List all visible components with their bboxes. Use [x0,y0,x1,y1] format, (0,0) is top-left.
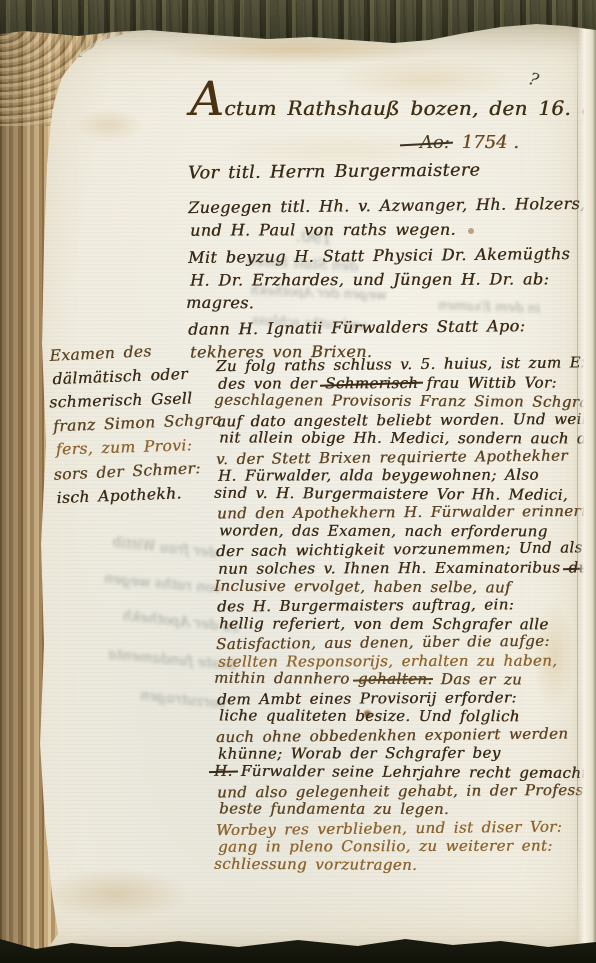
manuscript-line: geschlagenen Provisoris Franz Simon Schg… [214,391,596,412]
manuscript-line: mithin dannhero gehalten. Das er zu [214,669,596,690]
manuscript-line: magres. [186,291,570,317]
record-date: Ao: 1754 . [420,132,519,153]
manuscript-line: beste fundamenta zu legen. [219,800,596,820]
heading-title: Actum Rathshauß bozen, den 16. 8bris [190,86,590,120]
page-right-edge [578,26,596,947]
manuscript-line: nit allein obige Hh. Medici, sondern auc… [219,429,596,449]
manuscript-line: Zu folg raths schluss v. 5. huius, ist z… [216,353,596,376]
salutation: Vor titl. Herrn Burgermaistere [188,160,480,184]
manuscript-line: H. Fürwalder, alda beygewohnen; Also [218,466,596,486]
manuscript-line: schliessung vorzutragen. [214,854,596,875]
manuscript-line: khünne; Worab der Schgrafer bey [218,744,596,764]
date-year: 1754 . [462,132,519,153]
date-prefix-struck: Ao: [420,132,450,153]
manuscript-scan: 190.den Statt bozenwegen der Apothekhund… [0,0,596,963]
showthrough-text: vorzutragen [139,688,227,713]
manuscript-line: gang in pleno Consilio, zu weiterer ent: [218,836,596,856]
manuscript-line: nun solches v. Ihnen Hh. Examinatoribus … [218,558,596,578]
manuscript-line: des H. Burgermaisters auftrag, ein: [217,595,596,616]
manuscript-line: dann H. Ignatii Fürwalders Statt Apo: [188,314,526,341]
attendees-paragraph: Zuegegen titl. Hh. v. Azwanger, Hh. Holz… [188,194,586,241]
margin-note: Examen desdälmätisch oderschmerisch Gsel… [49,338,225,510]
manuscript-line: Zuegegen titl. Hh. v. Azwanger, Hh. Holz… [188,192,586,220]
manuscript-line: und H. Paul von raths wegen. [190,217,586,242]
manuscript-line: auf dato angestelt beliebt worden. Und w… [217,409,596,430]
manuscript-line: und den Apothekhern H. Fürwalder erinner… [217,502,596,523]
showthrough-text: der frau Wittib [111,535,217,562]
manuscript-line: und also gelegenheit gehabt, in der Prof… [217,780,596,801]
manuscript-line: stellten Responsorijs, erhalten zu haben… [218,651,596,671]
showthrough-text: von raths wegen [104,571,223,597]
manuscript-line: Satisfaction, aus denen, über die aufge: [216,631,596,654]
record-heading: Actum Rathshauß bozen, den 16. 8bris ? [190,86,590,120]
manuscript-line: Mit beyzug H. Statt Physici Dr. Akemügth… [188,242,570,270]
manuscript-line: H. Fürwalder seine Lehrjahre recht gemac… [214,762,596,783]
manuscript-line: des von der Schmerisch frau Wittib Vor: [218,373,596,393]
physicians-paragraph: Mit beyzug H. Statt Physici Dr. Akemügth… [188,244,570,316]
body-text: Zu folg raths schluss v. 5. huius, ist z… [216,355,596,874]
manuscript-line: H. Dr. Erzhardes, und Jüngen H. Dr. ab: [190,267,570,292]
manuscript-line: liche qualiteten besize. Und folglich [219,707,596,727]
manuscript-line: Vor titl. Herrn Burgermaistere [188,158,480,185]
